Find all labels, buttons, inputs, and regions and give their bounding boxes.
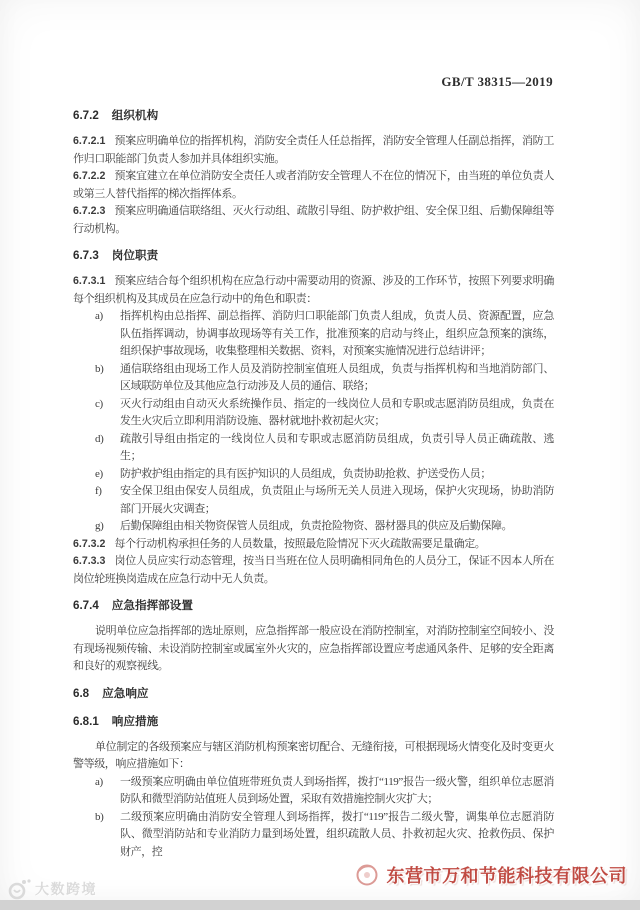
clause-text: 每个行动机构承担任务的人员数量，按照最危险情况下灭火疏散需要足量确定。 bbox=[114, 538, 485, 550]
clause-number: 6.7.2.1 bbox=[73, 135, 105, 147]
heading-title: 应急指挥部设置 bbox=[112, 599, 193, 612]
heading-number: 6.8 bbox=[73, 687, 89, 700]
list-marker: e) bbox=[95, 466, 120, 484]
heading-number: 6.7.4 bbox=[73, 599, 99, 612]
heading-title: 响应措施 bbox=[112, 715, 158, 728]
list-item-text: 一级预案应明确由单位值班带班负责人到场指挥，拨打“119”报告一级火警，组织单位… bbox=[120, 774, 554, 809]
list-item-text: 防护救护组由指定的具有医护知识的人员组成，负责协助抢救、护送受伤人员； bbox=[120, 466, 554, 484]
list-item-text: 疏散引导组由指定的一线岗位人员和专职或志愿消防员组成，负责引导人员正确疏散、逃生… bbox=[120, 431, 554, 466]
heading-number: 6.7.2 bbox=[73, 109, 99, 122]
clause-paragraph: 6.7.2.3预案应明确通信联络组、灭火行动组、疏散引导组、防护救护组、安全保卫… bbox=[73, 203, 554, 238]
page-number: 5 bbox=[508, 830, 514, 842]
list-item: f)安全保卫组由保安人员组成，负责阻止与场所无关人员进入现场，保护火灾现场，协助… bbox=[73, 483, 554, 518]
list-marker: c) bbox=[95, 396, 120, 431]
company-logo-icon bbox=[354, 862, 380, 888]
list-item-text: 灭火行动组由自动灭火系统操作员、指定的一线岗位人员和专职或志愿消防员组成，负责在… bbox=[120, 396, 554, 431]
heading-number: 6.7.3 bbox=[73, 249, 99, 262]
smiley-logo-icon bbox=[7, 878, 31, 900]
section-heading-6-8: 6.8应急响应 bbox=[73, 684, 554, 704]
section-heading-6-7-2: 6.7.2组织机构 bbox=[73, 106, 554, 126]
list-marker: g) bbox=[95, 518, 120, 536]
list-item-text: 通信联络组由现场工作人员及消防控制室值班人员组成，负责与指挥机构和当地消防部门、… bbox=[120, 361, 554, 396]
scanned-document-page: GB/T 38315—2019 6.7.2组织机构 6.7.2.1预案应明确单位… bbox=[0, 0, 640, 910]
lettered-list: a)指挥机构由总指挥、副总指挥、消防归口职能部门负责人组成，负责人员、资源配置，… bbox=[73, 308, 554, 536]
list-marker: a) bbox=[95, 774, 120, 809]
heading-title: 组织机构 bbox=[112, 109, 158, 122]
list-marker: b) bbox=[95, 809, 120, 862]
list-item-text: 指挥机构由总指挥、副总指挥、消防归口职能部门负责人组成，负责人员、资源配置，应急… bbox=[120, 308, 554, 361]
section-heading-6-8-1: 6.8.1响应措施 bbox=[73, 712, 554, 732]
list-item: b)二级预案应明确由消防安全管理人到场指挥，拨打“119”报告二级火警，调集单位… bbox=[73, 809, 554, 862]
company-name: 东营市万和节能科技有限公司 bbox=[387, 862, 628, 888]
heading-number: 6.8.1 bbox=[73, 715, 99, 728]
clause-number: 6.7.2.2 bbox=[73, 170, 105, 182]
list-marker: a) bbox=[95, 308, 120, 361]
list-marker: f) bbox=[95, 483, 120, 518]
clause-text: 预案应结合每个组织机构在应急行动中需要动用的资源、涉及的工作环节，按照下列要求明… bbox=[73, 275, 554, 305]
list-item: a)一级预案应明确由单位值班带班负责人到场指挥，拨打“119”报告一级火警，组织… bbox=[73, 774, 554, 809]
list-item: e)防护救护组由指定的具有医护知识的人员组成，负责协助抢救、护送受伤人员； bbox=[73, 466, 554, 484]
lettered-list: a)一级预案应明确由单位值班带班负责人到场指挥，拨打“119”报告一级火警，组织… bbox=[73, 774, 554, 862]
clause-number: 6.7.3.3 bbox=[73, 555, 105, 567]
clause-paragraph: 6.7.3.1预案应结合每个组织机构在应急行动中需要动用的资源、涉及的工作环节，… bbox=[73, 273, 554, 308]
list-item: d)疏散引导组由指定的一线岗位人员和专职或志愿消防员组成，负责引导人员正确疏散、… bbox=[73, 431, 554, 466]
list-item-text: 后勤保障组由相关物资保管人员组成，负责抢险物资、器材器具的供应及后勤保障。 bbox=[120, 518, 554, 536]
clause-paragraph: 6.7.2.1预案应明确单位的指挥机构，消防安全责任人任总指挥，消防安全管理人任… bbox=[73, 133, 554, 168]
site-watermark: 大数跨境 bbox=[7, 878, 97, 900]
clause-paragraph: 6.7.3.2每个行动机构承担任务的人员数量，按照最危险情况下灭火疏散需要足量确… bbox=[73, 536, 554, 554]
list-item: b)通信联络组由现场工作人员及消防控制室值班人员组成，负责与指挥机构和当地消防部… bbox=[73, 361, 554, 396]
section-heading-6-7-4: 6.7.4应急指挥部设置 bbox=[73, 596, 554, 616]
clause-number: 6.7.3.2 bbox=[73, 538, 105, 550]
body-paragraph: 单位制定的各级预案应与辖区消防机构预案密切配合、无缝衔接，可根据现场火情变化及时… bbox=[73, 739, 554, 774]
clause-text: 预案宜建立在单位消防安全责任人或者消防安全管理人不在位的情况下，由当班的单位负责… bbox=[73, 170, 554, 200]
bottom-bar bbox=[0, 900, 640, 910]
list-item-text: 安全保卫组由保安人员组成，负责阻止与场所无关人员进入现场，保护火灾现场，协助消防… bbox=[120, 483, 554, 518]
heading-title: 岗位职责 bbox=[112, 249, 158, 262]
list-item: c)灭火行动组由自动灭火系统操作员、指定的一线岗位人员和专职或志愿消防员组成，负… bbox=[73, 396, 554, 431]
list-item-text: 二级预案应明确由消防安全管理人到场指挥，拨打“119”报告二级火警，调集单位志愿… bbox=[120, 809, 554, 862]
clause-paragraph: 6.7.3.3岗位人员应实行动态管理，按当日当班在位人员明确相同角色的人员分工，… bbox=[73, 553, 554, 588]
heading-title: 应急响应 bbox=[102, 687, 148, 700]
clause-number: 6.7.3.1 bbox=[73, 275, 105, 287]
clause-text: 岗位人员应实行动态管理，按当日当班在位人员明确相同角色的人员分工，保证不因本人所… bbox=[73, 555, 554, 585]
watermark-text: 大数跨境 bbox=[35, 879, 97, 899]
list-marker: d) bbox=[95, 431, 120, 466]
list-item: a)指挥机构由总指挥、副总指挥、消防归口职能部门负责人组成，负责人员、资源配置，… bbox=[73, 308, 554, 361]
list-marker: b) bbox=[95, 361, 120, 396]
standard-code: GB/T 38315—2019 bbox=[441, 74, 553, 90]
clause-text: 预案应明确单位的指挥机构，消防安全责任人任总指挥，消防安全管理人任副总指挥，消防… bbox=[73, 135, 554, 165]
section-heading-6-7-3: 6.7.3岗位职责 bbox=[73, 246, 554, 266]
clause-paragraph: 6.7.2.2预案宜建立在单位消防安全责任人或者消防安全管理人不在位的情况下，由… bbox=[73, 168, 554, 203]
document-content: 6.7.2组织机构 6.7.2.1预案应明确单位的指挥机构，消防安全责任人任总指… bbox=[73, 106, 554, 861]
clause-number: 6.7.2.3 bbox=[73, 205, 105, 217]
list-item: g)后勤保障组由相关物资保管人员组成，负责抢险物资、器材器具的供应及后勤保障。 bbox=[73, 518, 554, 536]
body-paragraph: 说明单位应急指挥部的选址原则，应急指挥部一般应设在消防控制室，对消防控制室空间较… bbox=[73, 623, 554, 676]
clause-text: 预案应明确通信联络组、灭火行动组、疏散引导组、防护救护组、安全保卫组、后勤保障组… bbox=[73, 205, 554, 235]
company-watermark: 东营市万和节能科技有限公司 bbox=[354, 862, 628, 888]
